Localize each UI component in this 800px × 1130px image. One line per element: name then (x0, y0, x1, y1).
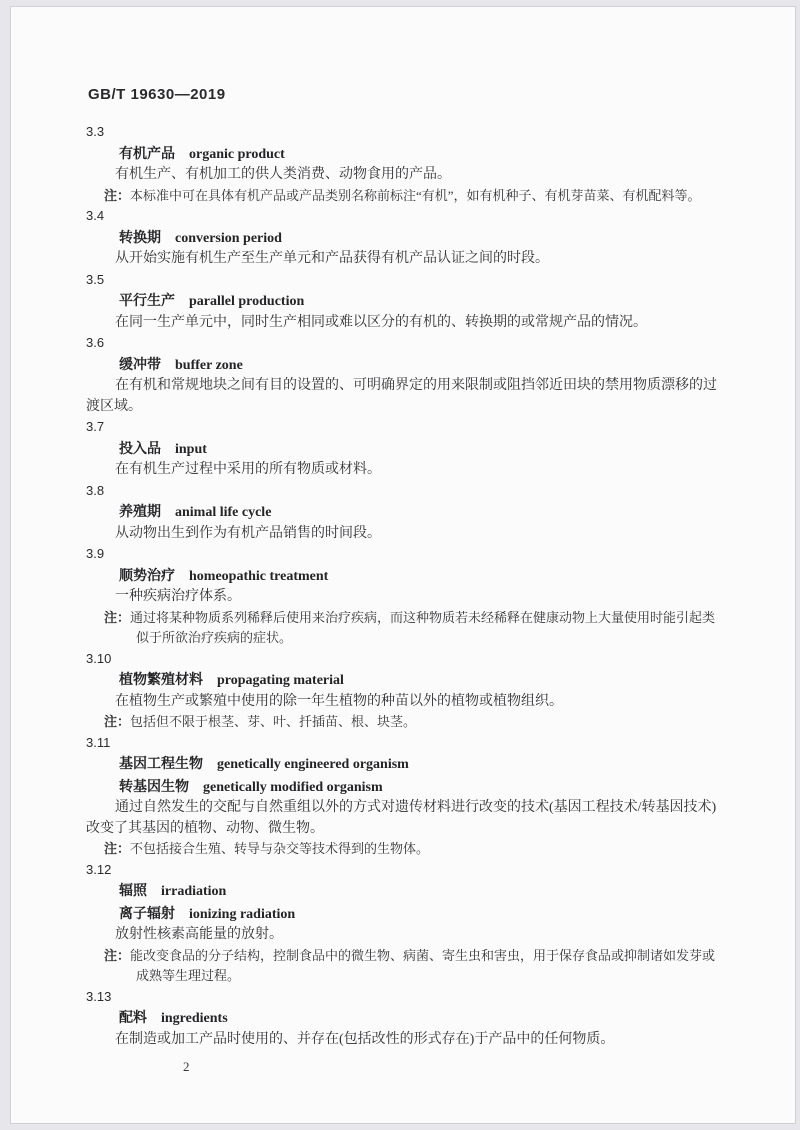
term-chinese: 养殖期 (119, 503, 161, 519)
term-lines: 投入品input (86, 438, 718, 461)
term-english: genetically modified organism (203, 780, 383, 795)
section-number: 3.10 (86, 649, 718, 670)
section-number: 3.9 (86, 544, 718, 565)
section-number: 3.13 (86, 987, 718, 1008)
term-line: 离子辐射ionizing radiation (86, 903, 718, 926)
term-lines: 配料ingredients (86, 1007, 718, 1030)
term-definition: 在制造或加工产品时使用的、并存在(包括改性的形式存在)于产品中的任何物质。 (86, 1030, 718, 1051)
note-text: 包括但不限于根茎、芽、叶、扦插苗、根、块茎。 (130, 714, 416, 729)
term-chinese: 离子辐射 (119, 905, 175, 921)
standard-number-header: GB/T 19630—2019 (88, 85, 718, 105)
term-chinese: 植物繁殖材料 (119, 671, 203, 687)
term-section: 3.5 平行生产parallel production 在同一生产单元中，同时生… (86, 270, 718, 334)
term-definition: 通过自然发生的交配与自然重组以外的方式对遗传材料进行改变的技术(基因工程技术/转… (86, 798, 718, 839)
term-definition: 一种疾病治疗体系。 (86, 587, 718, 608)
term-chinese: 配料 (119, 1009, 147, 1025)
term-definition: 在同一生产单元中，同时生产相同或难以区分的有机的、转换期的或常规产品的情况。 (86, 313, 718, 334)
term-section: 3.8 养殖期animal life cycle 从动物出生到作为有机产品销售的… (86, 481, 718, 545)
term-chinese: 平行生产 (119, 292, 175, 308)
term-english: homeopathic treatment (189, 569, 328, 584)
term-definition: 从开始实施有机生产至生产单元和产品获得有机产品认证之间的时段。 (86, 249, 718, 270)
term-english: ionizing radiation (189, 907, 295, 922)
term-line: 基因工程生物genetically engineered organism (86, 753, 718, 776)
term-chinese: 投入品 (119, 440, 161, 456)
term-note: 注：本标准中可在具体有机产品或产品类别名称前标注“有机”，如有机种子、有机芽苗菜… (86, 186, 718, 207)
terms-definitions-list: 3.3 有机产品organic product 有机生产、有机加工的供人类消费、… (86, 122, 718, 1050)
term-chinese: 顺势治疗 (119, 567, 175, 583)
term-definition: 在植物生产或繁殖中使用的除一年生植物的种苗以外的植物或植物组织。 (86, 692, 718, 713)
term-lines: 辐照irradiation离子辐射ionizing radiation (86, 880, 718, 925)
term-english: ingredients (161, 1011, 228, 1026)
term-line: 有机产品organic product (86, 143, 718, 166)
term-definition: 在有机生产过程中采用的所有物质或材料。 (86, 460, 718, 481)
section-number: 3.11 (86, 733, 718, 754)
term-section: 3.6 缓冲带buffer zone 在有机和常规地块之间有目的设置的、可明确界… (86, 333, 718, 417)
term-line: 顺势治疗homeopathic treatment (86, 565, 718, 588)
term-chinese: 辐照 (119, 882, 147, 898)
term-note: 注：不包括接合生殖、转导与杂交等技术得到的生物体。 (86, 839, 718, 860)
term-english: organic product (189, 147, 285, 162)
note-label: 注： (104, 188, 130, 203)
note-text: 能改变食品的分子结构，控制食品中的微生物、病菌、寄生虫和害虫，用于保存食品或抑制… (130, 948, 715, 984)
note-label: 注： (104, 948, 130, 963)
document-page: GB/T 19630—2019 3.3 有机产品organic product … (10, 6, 796, 1124)
term-chinese: 缓冲带 (119, 356, 161, 372)
term-lines: 养殖期animal life cycle (86, 501, 718, 524)
term-section: 3.4 转换期conversion period 从开始实施有机生产至生产单元和… (86, 206, 718, 270)
term-line: 投入品input (86, 438, 718, 461)
note-text: 不包括接合生殖、转导与杂交等技术得到的生物体。 (130, 841, 429, 856)
section-number: 3.5 (86, 270, 718, 291)
note-label: 注： (104, 841, 130, 856)
term-line: 辐照irradiation (86, 880, 718, 903)
term-line: 平行生产parallel production (86, 290, 718, 313)
term-section: 3.12 辐照irradiation离子辐射ionizing radiation… (86, 860, 718, 987)
term-chinese: 转基因生物 (119, 778, 189, 794)
term-line: 配料ingredients (86, 1007, 718, 1030)
term-lines: 有机产品organic product (86, 143, 718, 166)
section-number: 3.3 (86, 122, 718, 143)
term-english: genetically engineered organism (217, 757, 409, 772)
term-line: 转换期conversion period (86, 227, 718, 250)
note-label: 注： (104, 714, 130, 729)
term-definition: 从动物出生到作为有机产品销售的时间段。 (86, 524, 718, 545)
term-english: input (175, 442, 207, 457)
section-number: 3.12 (86, 860, 718, 881)
section-number: 3.8 (86, 481, 718, 502)
term-section: 3.10 植物繁殖材料propagating material 在植物生产或繁殖… (86, 649, 718, 733)
term-line: 转基因生物genetically modified organism (86, 776, 718, 799)
term-line: 缓冲带buffer zone (86, 354, 718, 377)
note-text: 通过将某种物质系列稀释后使用来治疗疾病，而这种物质若未经稀释在健康动物上大量使用… (130, 610, 715, 646)
term-section: 3.13 配料ingredients 在制造或加工产品时使用的、并存在(包括改性… (86, 987, 718, 1051)
section-number: 3.6 (86, 333, 718, 354)
term-chinese: 转换期 (119, 229, 161, 245)
term-definition: 放射性核素高能量的放射。 (86, 925, 718, 946)
term-lines: 缓冲带buffer zone (86, 354, 718, 377)
term-note: 注：通过将某种物质系列稀释后使用来治疗疾病，而这种物质若未经稀释在健康动物上大量… (86, 608, 718, 649)
term-lines: 基因工程生物genetically engineered organism转基因… (86, 753, 718, 798)
term-section: 3.9 顺势治疗homeopathic treatment 一种疾病治疗体系。 … (86, 544, 718, 649)
term-definition: 在有机和常规地块之间有目的设置的、可明确界定的用来限制或阻挡邻近田块的禁用物质漂… (86, 376, 718, 417)
note-text: 本标准中可在具体有机产品或产品类别名称前标注“有机”，如有机种子、有机芽苗菜、有… (130, 188, 701, 203)
term-english: parallel production (189, 294, 304, 309)
page-number: 2 (183, 1059, 718, 1075)
term-section: 3.11 基因工程生物genetically engineered organi… (86, 733, 718, 860)
term-chinese: 有机产品 (119, 145, 175, 161)
term-lines: 平行生产parallel production (86, 290, 718, 313)
term-english: irradiation (161, 884, 226, 899)
term-english: animal life cycle (175, 505, 271, 520)
term-section: 3.3 有机产品organic product 有机生产、有机加工的供人类消费、… (86, 122, 718, 206)
term-lines: 顺势治疗homeopathic treatment (86, 565, 718, 588)
term-note: 注：包括但不限于根茎、芽、叶、扦插苗、根、块茎。 (86, 712, 718, 733)
term-english: conversion period (175, 231, 282, 246)
term-definition: 有机生产、有机加工的供人类消费、动物食用的产品。 (86, 165, 718, 186)
term-english: buffer zone (175, 358, 243, 373)
term-english: propagating material (217, 673, 344, 688)
term-line: 养殖期animal life cycle (86, 501, 718, 524)
term-line: 植物繁殖材料propagating material (86, 669, 718, 692)
term-lines: 转换期conversion period (86, 227, 718, 250)
section-number: 3.4 (86, 206, 718, 227)
section-number: 3.7 (86, 417, 718, 438)
note-label: 注： (104, 610, 130, 625)
term-lines: 植物繁殖材料propagating material (86, 669, 718, 692)
page-content: GB/T 19630—2019 3.3 有机产品organic product … (11, 7, 718, 1075)
term-section: 3.7 投入品input 在有机生产过程中采用的所有物质或材料。 (86, 417, 718, 481)
term-note: 注：能改变食品的分子结构，控制食品中的微生物、病菌、寄生虫和害虫，用于保存食品或… (86, 946, 718, 987)
term-chinese: 基因工程生物 (119, 755, 203, 771)
